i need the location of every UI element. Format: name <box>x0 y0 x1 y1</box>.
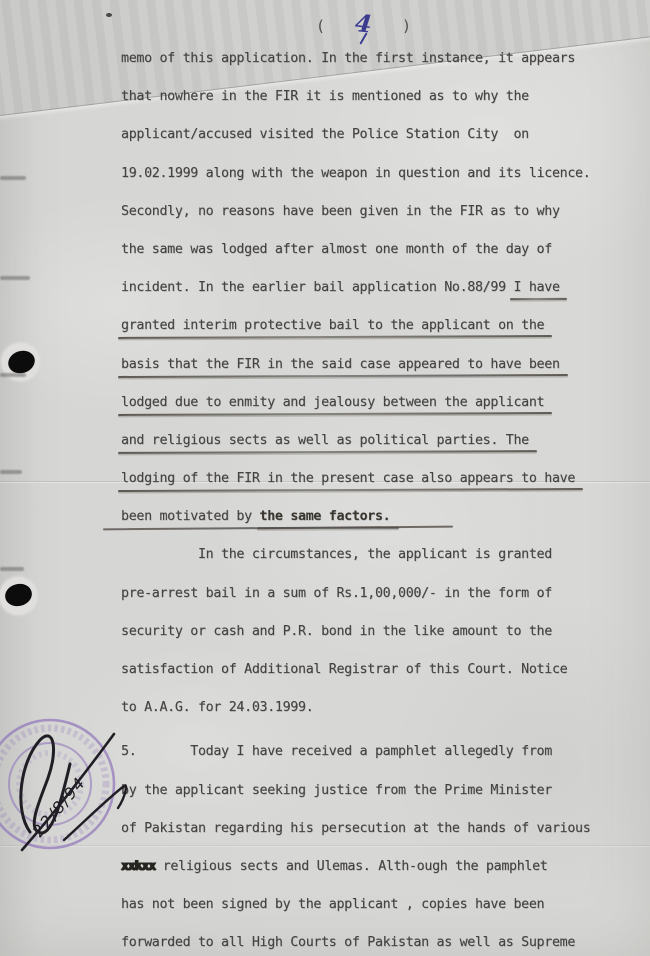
text-line: to A.A.G. for 24.03.1999. <box>121 689 621 727</box>
text-line: memo of this application. In the first i… <box>121 40 621 78</box>
text-segment: by the applicant seeking justice from th… <box>121 783 552 798</box>
page-number-paren-open: ( <box>316 12 326 35</box>
text-line: applicant/accused visited the Police Sta… <box>121 116 621 154</box>
text-line: lodged due to enmity and jealousy betwee… <box>121 384 621 422</box>
text-segment: religious sects and Ulemas. Alth-ough th… <box>155 859 547 874</box>
text-segment: of Pakistan regarding his persecution at… <box>121 821 590 836</box>
text-line: 5. Today I have received a pamphlet alle… <box>121 733 621 771</box>
underlined-text: the same factors. <box>260 508 391 525</box>
text-line: incident. In the earlier bail applicatio… <box>121 269 621 307</box>
edge-smudge <box>0 567 24 571</box>
underlined-text: lodging of the FIR in the present case a… <box>121 470 575 487</box>
underline-rule <box>103 526 453 531</box>
text-line: and religious sects as well as political… <box>121 422 621 460</box>
text-line: the same was lodged after almost one mon… <box>121 231 621 269</box>
text-line: granted interim protective bail to the a… <box>121 307 621 345</box>
text-segment: applicant/accused visited the Police Sta… <box>121 127 529 142</box>
text-segment: that nowhere in the FIR it is mentioned … <box>121 89 529 104</box>
underlined-text: basis that the FIR in the said case appe… <box>121 356 560 373</box>
edge-smudge <box>0 176 26 180</box>
text-segment: 5. Today I have received a pamphlet alle… <box>121 744 552 759</box>
text-segment: incident. In the earlier bail applicatio… <box>121 280 513 295</box>
text-segment: memo of this application. In the first i… <box>121 51 575 66</box>
text-segment: satisfaction of Additional Registrar of … <box>121 662 567 677</box>
text-line: forwarded to all High Courts of Pakistan… <box>121 924 621 956</box>
text-line: satisfaction of Additional Registrar of … <box>121 651 621 689</box>
text-segment: Secondly, no reasons have been given in … <box>121 204 560 219</box>
text-line: by the applicant seeking justice from th… <box>121 772 621 810</box>
text-segment: has not been signed by the applicant , c… <box>121 897 544 912</box>
underlined-text: I have <box>513 279 559 296</box>
text-line: that nowhere in the FIR it is mentioned … <box>121 78 621 116</box>
text-line: Secondly, no reasons have been given in … <box>121 193 621 231</box>
document-page: ( 4 ) memo of this application. In the f… <box>0 0 650 956</box>
ink-speck <box>106 13 112 17</box>
edge-smudge <box>0 470 22 474</box>
text-line: been motivated by the same factors. <box>121 498 621 536</box>
text-line: security or cash and P.R. bond in the li… <box>121 613 621 651</box>
handwritten-page-numeral: 4 <box>354 11 374 37</box>
text-line: lodging of the FIR in the present case a… <box>121 460 621 498</box>
document-lines: memo of this application. In the first i… <box>121 40 621 956</box>
text-segment: forwarded to all High Courts of Pakistan… <box>121 935 575 950</box>
signature: 22/8/94 <box>0 700 170 875</box>
text-line: 19.02.1999 along with the weapon in ques… <box>121 155 621 193</box>
text-line: has not been signed by the applicant , c… <box>121 886 621 924</box>
page-number-paren-close: ) <box>402 12 412 35</box>
underlined-text: and religious sects as well as political… <box>121 432 529 449</box>
text-segment: pre-arrest bail in a sum of Rs.1,00,000/… <box>121 586 552 601</box>
text-line: pre-arrest bail in a sum of Rs.1,00,000/… <box>121 575 621 613</box>
edge-smudge <box>0 276 30 280</box>
text-line: xxkxx religious sects and Ulemas. Alth-o… <box>121 848 621 886</box>
underlined-text: lodged due to enmity and jealousy betwee… <box>121 394 544 411</box>
text-line: In the circumstances, the applicant is g… <box>121 536 621 574</box>
text-line: of Pakistan regarding his persecution at… <box>121 810 621 848</box>
text-segment: 19.02.1999 along with the weapon in ques… <box>121 166 590 181</box>
underlined-text: granted interim protective bail to the a… <box>121 317 544 334</box>
edge-smudge <box>0 373 26 377</box>
text-segment: In the circumstances, the applicant is g… <box>121 547 552 562</box>
text-line: basis that the FIR in the said case appe… <box>121 346 621 384</box>
text-segment: been motivated by <box>121 509 260 524</box>
text-segment: the same was lodged after almost one mon… <box>121 242 552 257</box>
text-segment: security or cash and P.R. bond in the li… <box>121 624 552 639</box>
